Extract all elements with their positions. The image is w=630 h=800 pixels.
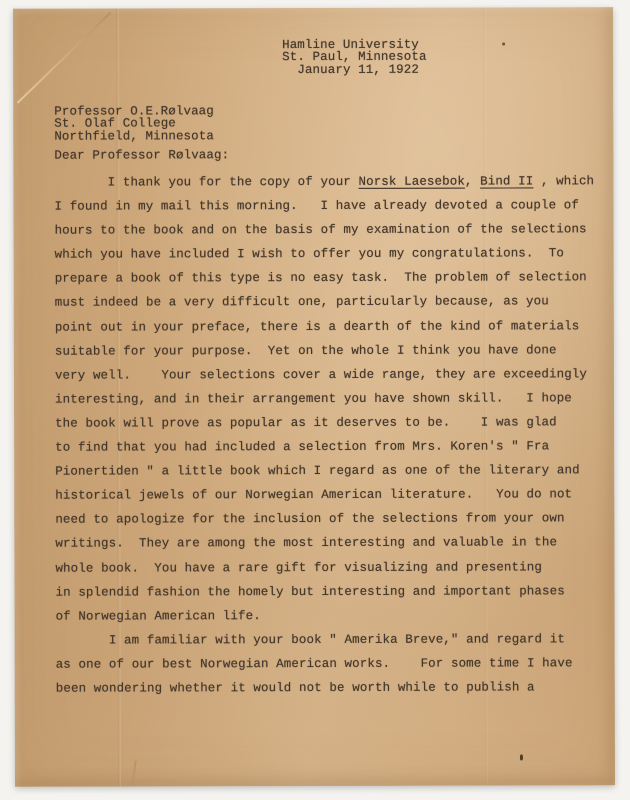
underlined-book-title: Norsk Laesebok (358, 175, 464, 189)
underlined-book-title: Bind II (480, 174, 533, 188)
typed-line: as one of our best Norwegian American wo… (56, 651, 601, 677)
letter-body: I thank you for the copy of your Norsk L… (54, 169, 600, 700)
typed-line: need to apologize for the inclusion of t… (55, 507, 600, 533)
typed-line: very well. Your selections cover a wide … (55, 362, 600, 388)
typed-line: January 11, 1922 (282, 63, 426, 76)
letter-page: Hamline UniversitySt. Paul, Minnesota Ja… (13, 7, 615, 787)
typed-line: I found in my mail this morning. I have … (54, 193, 599, 219)
typed-line: been wondering whether it would not be w… (56, 675, 601, 701)
typed-line: Northfield, Minnesota (54, 130, 214, 143)
typed-line: prepare a book of this type is no easy t… (55, 266, 600, 292)
recipient-address-block: Professor O.E.RølvaagSt. Olaf CollegeNor… (54, 105, 214, 142)
typed-line: of Norwegian American life. (56, 603, 601, 629)
text-segment: I thank you for the copy of your (54, 175, 358, 190)
typed-line: hours to the book and on the basis of my… (55, 217, 600, 243)
typed-line: interesting, and in their arrangement yo… (55, 386, 600, 412)
typed-line: the book will prove as popular as it des… (55, 410, 600, 436)
typed-line: in splendid fashion the homely but inter… (55, 579, 600, 605)
typed-line: whole book. You have a rare gift for vis… (55, 555, 600, 581)
typed-line: I thank you for the copy of your Norsk L… (54, 169, 599, 195)
typed-line: suitable for your purpose. Yet on the wh… (55, 338, 600, 364)
ink-speck (520, 754, 523, 760)
text-segment: , which (533, 174, 594, 188)
text-segment: , (465, 175, 480, 189)
typed-line: to find that you had included a selectio… (55, 434, 600, 460)
salutation: Dear Professor Rølvaag: (54, 149, 229, 162)
typed-line: writings. They are among the most intere… (55, 531, 600, 557)
letterhead-block: Hamline UniversitySt. Paul, Minnesota Ja… (282, 39, 427, 76)
typed-line: I am familiar with your book " Amerika B… (56, 627, 601, 653)
ink-speck (502, 42, 505, 45)
typed-line: Pionertiden " a little book which I rega… (55, 458, 600, 484)
typed-line: point out in your preface, there is a de… (55, 314, 600, 340)
bottom-crease (131, 760, 137, 786)
typed-line: which you have included I wish to offer … (55, 242, 600, 268)
typed-line: historical jewels of our Norwegian Ameri… (55, 482, 600, 508)
corner-fold-crease (17, 12, 112, 104)
typed-line: must indeed be a very difficult one, par… (55, 290, 600, 316)
